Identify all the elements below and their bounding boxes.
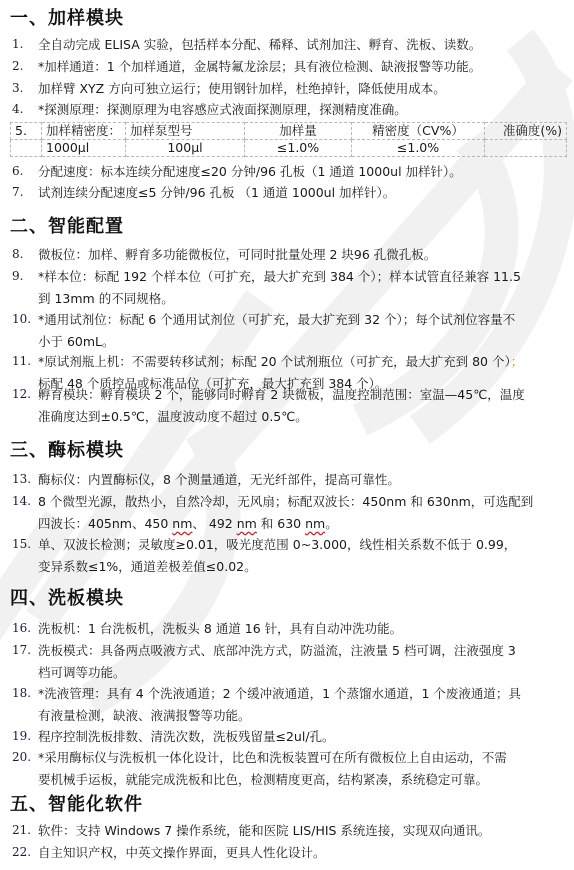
- list-item: 1. 全自动完成 ELISA 实验，包括样本分配、稀释、试剂加注、孵育、洗板、读…: [12, 34, 562, 56]
- item-number: 2.: [12, 56, 38, 78]
- item-number: 4.: [12, 99, 38, 121]
- item-text-line: *洗液管理：具有 4 个洗液通道；2 个缓冲液通道，1 个蒸馏水通道，1 个废液…: [38, 686, 521, 701]
- item-text: 洗板模式：具备两点吸液方式、底部冲洗方式，防溢流，注液量 5 档可调，注液强度 …: [38, 640, 562, 683]
- item-number: 7.: [12, 182, 38, 204]
- table-header-cell: 加样精密度：: [42, 123, 126, 140]
- item-text: *探测原理：探测原理为电容感应式液面探测原理，探测精度准确。: [38, 99, 562, 121]
- item-text-line: 孵育模块：孵育模块 2 个，能够同时孵育 2 块微板，温度控制范围：室温—45℃…: [38, 387, 525, 402]
- item-number: 13.: [12, 469, 38, 491]
- table-header-cell: 精密度（CV%）: [352, 123, 485, 140]
- item-number: 17.: [12, 640, 38, 683]
- item-text-line: 洗板模式：具备两点吸液方式、底部冲洗方式，防溢流，注液量 5 档可调，注液强度 …: [38, 643, 516, 658]
- item-text-line: 四波长：405nm、450 nm、 492 nm 和 630 nm。: [38, 516, 338, 531]
- item-text-line: *样本位：标配 192 个样本位（可扩充，最大扩充到 384 个）；样本试管直径…: [38, 269, 521, 284]
- item-text: *采用酶标仪与洗板机一体化设计，比色和洗板装置可在所有微板位上自由运动，不需 要…: [38, 747, 562, 790]
- item-number: 6.: [12, 161, 38, 183]
- spellcheck-underlined-word: nm: [237, 516, 257, 531]
- table-cell: ≤1.0%: [245, 140, 352, 157]
- pipetting-spec-table: 5. 加样精密度： 加样泵型号 加样量 精密度（CV%） 准确度(%) 1000…: [10, 122, 567, 157]
- text-fragment: 和 630: [257, 516, 305, 531]
- item-number: 1.: [12, 34, 38, 56]
- semicolon-mark: ；: [511, 354, 524, 369]
- table-cell: [485, 140, 567, 157]
- item-text: 试剂连续分配速度≤5 分钟/96 孔板 （1 通道 1000ul 加样针）。: [38, 182, 562, 204]
- list-item: 17. 洗板模式：具备两点吸液方式、底部冲洗方式，防溢流，注液量 5 档可调，注…: [12, 640, 562, 683]
- table-cell: 1000μl: [42, 140, 126, 157]
- item-text: 孵育模块：孵育模块 2 个，能够同时孵育 2 块微板，温度控制范围：室温—45℃…: [38, 384, 562, 427]
- item-text: 自主知识产权，中英文操作界面，更具人性化设计。: [38, 842, 562, 864]
- list-item: 22. 自主知识产权，中英文操作界面，更具人性化设计。: [12, 842, 562, 864]
- item-text: 8 个微型光源，散热小，自然冷却，无风扇；标配双波长：450nm 和 630nm…: [38, 491, 562, 534]
- item-number: 14.: [12, 491, 38, 534]
- item-text-line: 到 13mm 的不同规格。: [38, 291, 174, 306]
- item-text: 洗板机：1 台洗板机，洗板头 8 通道 16 针，具有自动冲洗功能。: [38, 618, 562, 640]
- text-fragment: 、 492: [192, 516, 236, 531]
- section-heading: 一、加样模块: [10, 4, 124, 30]
- section-heading: 四、洗板模块: [10, 584, 124, 610]
- item-text-line: *采用酶标仪与洗板机一体化设计，比色和洗板装置可在所有微板位上自由运动，不需: [38, 750, 507, 765]
- list-item: 12. 孵育模块：孵育模块 2 个，能够同时孵育 2 块微板，温度控制范围：室温…: [12, 384, 562, 427]
- list-item: 7. 试剂连续分配速度≤5 分钟/96 孔板 （1 通道 1000ul 加样针）…: [12, 182, 562, 204]
- list-item: 8. 微板位：加样、孵育多功能微板位，可同时批量处理 2 块96 孔微孔板。: [12, 244, 562, 266]
- table-row: 1000μl 100μl ≤1.0% ≤1.0%: [11, 140, 567, 157]
- item-text: 加样臂 XYZ 方向可独立运行；使用钢针加样，杜绝掉针，降低使用成本。: [38, 78, 562, 100]
- item-text-line: 有液量检测，缺液、液满报警等功能。: [38, 708, 251, 723]
- list-item: 2. *加样通道：1 个加样通道，金属特氟龙涂层；具有液位检测、缺液报警等功能。: [12, 56, 562, 78]
- item-text-line: 档可调等功能。: [38, 665, 126, 680]
- item-number: 12.: [12, 384, 38, 427]
- list-item: 4. *探测原理：探测原理为电容感应式液面探测原理，探测精度准确。: [12, 99, 562, 121]
- item-text: *加样通道：1 个加样通道，金属特氟龙涂层；具有液位检测、缺液报警等功能。: [38, 56, 562, 78]
- item-number: 16.: [12, 618, 38, 640]
- list-item: 19. 程序控制洗板排数、清洗次数，洗板残留量≤2ul/孔。: [12, 726, 562, 748]
- item-number: 21.: [12, 820, 38, 842]
- table-cell: [11, 140, 42, 157]
- table-header-row: 5. 加样精密度： 加样泵型号 加样量 精密度（CV%） 准确度(%): [11, 123, 567, 140]
- item-text-line: 要机械手运板，就能完成洗板和比色，检测精度更高，结构紧凑，系统稳定可靠。: [38, 772, 488, 787]
- item-number: 19.: [12, 726, 38, 748]
- item-text-line: 准确度达到±0.5℃，温度波动度不超过 0.5℃。: [38, 409, 308, 424]
- list-item: 14. 8 个微型光源，散热小，自然冷却，无风扇；标配双波长：450nm 和 6…: [12, 491, 562, 534]
- table-number-cell: 5.: [11, 123, 42, 140]
- list-item: 16. 洗板机：1 台洗板机，洗板头 8 通道 16 针，具有自动冲洗功能。: [12, 618, 562, 640]
- item-number: 9.: [12, 266, 38, 309]
- item-text-line: 单、双波长检测；灵敏度≥0.01，吸光度范围 0~3.000，线性相关系数不低于…: [38, 537, 516, 552]
- item-text: 程序控制洗板排数、清洗次数，洗板残留量≤2ul/孔。: [38, 726, 562, 748]
- table-cell: 100μl: [126, 140, 245, 157]
- spellcheck-underlined-word: nm: [172, 516, 192, 531]
- list-item: 10. *通用试剂位：标配 6 个通用试剂位（可扩充，最大扩充到 32 个）；每…: [12, 309, 562, 352]
- item-number: 20.: [12, 747, 38, 790]
- item-text: *样本位：标配 192 个样本位（可扩充，最大扩充到 384 个）；样本试管直径…: [38, 266, 562, 309]
- item-number: 15.: [12, 534, 38, 577]
- list-item: 6. 分配速度：标本连续分配速度≤20 分钟/96 孔板（1 通道 1000ul…: [12, 161, 562, 183]
- list-item: 3. 加样臂 XYZ 方向可独立运行；使用钢针加样，杜绝掉针，降低使用成本。: [12, 78, 562, 100]
- item-text: 分配速度：标本连续分配速度≤20 分钟/96 孔板（1 通道 1000ul 加样…: [38, 161, 562, 183]
- text-fragment: 。: [325, 516, 338, 531]
- section-heading: 三、酶标模块: [10, 436, 124, 462]
- list-item: 13. 酶标仪：内置酶标仪，8 个测量通道，无光纤部件，提高可靠性。: [12, 469, 562, 491]
- list-item: 21. 软件：支持 Windows 7 操作系统，能和医院 LIS/HIS 系统…: [12, 820, 562, 842]
- table-header-cell: 准确度(%): [485, 123, 567, 140]
- table-header-cell: 加样量: [245, 123, 352, 140]
- list-item: 18. *洗液管理：具有 4 个洗液通道；2 个缓冲液通道，1 个蒸馏水通道，1…: [12, 683, 562, 726]
- list-item: 20. *采用酶标仪与洗板机一体化设计，比色和洗板装置可在所有微板位上自由运动，…: [12, 747, 562, 790]
- text-fragment: 四波长：405nm、450: [38, 516, 172, 531]
- item-number: 18.: [12, 683, 38, 726]
- item-text: 酶标仪：内置酶标仪，8 个测量通道，无光纤部件，提高可靠性。: [38, 469, 562, 491]
- item-number: 10.: [12, 309, 38, 352]
- item-text-line: 小于 60mL。: [38, 334, 115, 349]
- item-number: 22.: [12, 842, 38, 864]
- list-item: 15. 单、双波长检测；灵敏度≥0.01，吸光度范围 0~3.000，线性相关系…: [12, 534, 562, 577]
- item-text: *通用试剂位：标配 6 个通用试剂位（可扩充，最大扩充到 32 个）；每个试剂位…: [38, 309, 562, 352]
- table-header-cell: 加样泵型号: [126, 123, 245, 140]
- table-cell: ≤1.0%: [352, 140, 485, 157]
- item-text-line: 8 个微型光源，散热小，自然冷却，无风扇；标配双波长：450nm 和 630nm…: [38, 494, 533, 509]
- item-text: 全自动完成 ELISA 实验，包括样本分配、稀释、试剂加注、孵育、洗板、读数。: [38, 34, 562, 56]
- section-heading: 五、智能化软件: [10, 790, 143, 816]
- section-heading: 二、智能配置: [10, 212, 124, 238]
- item-text: 微板位：加样、孵育多功能微板位，可同时批量处理 2 块96 孔微孔板。: [38, 244, 562, 266]
- item-text: *洗液管理：具有 4 个洗液通道；2 个缓冲液通道，1 个蒸馏水通道，1 个废液…: [38, 683, 562, 726]
- item-text: 单、双波长检测；灵敏度≥0.01，吸光度范围 0~3.000，线性相关系数不低于…: [38, 534, 562, 577]
- item-text-line: *通用试剂位：标配 6 个通用试剂位（可扩充，最大扩充到 32 个）；每个试剂位…: [38, 312, 515, 327]
- spellcheck-underlined-word: nm: [305, 516, 325, 531]
- list-item: 9. *样本位：标配 192 个样本位（可扩充，最大扩充到 384 个）；样本试…: [12, 266, 562, 309]
- item-text: 软件：支持 Windows 7 操作系统，能和医院 LIS/HIS 系统连接，实…: [38, 820, 562, 842]
- item-number: 3.: [12, 78, 38, 100]
- item-number: 8.: [12, 244, 38, 266]
- item-text-line: 变异系数≤1%，通道差极差值≤0.02。: [38, 559, 257, 574]
- item-text-line: *原试剂瓶上机：不需要转移试剂；标配 20 个试剂瓶位（可扩充，最大扩充到 80…: [38, 354, 511, 369]
